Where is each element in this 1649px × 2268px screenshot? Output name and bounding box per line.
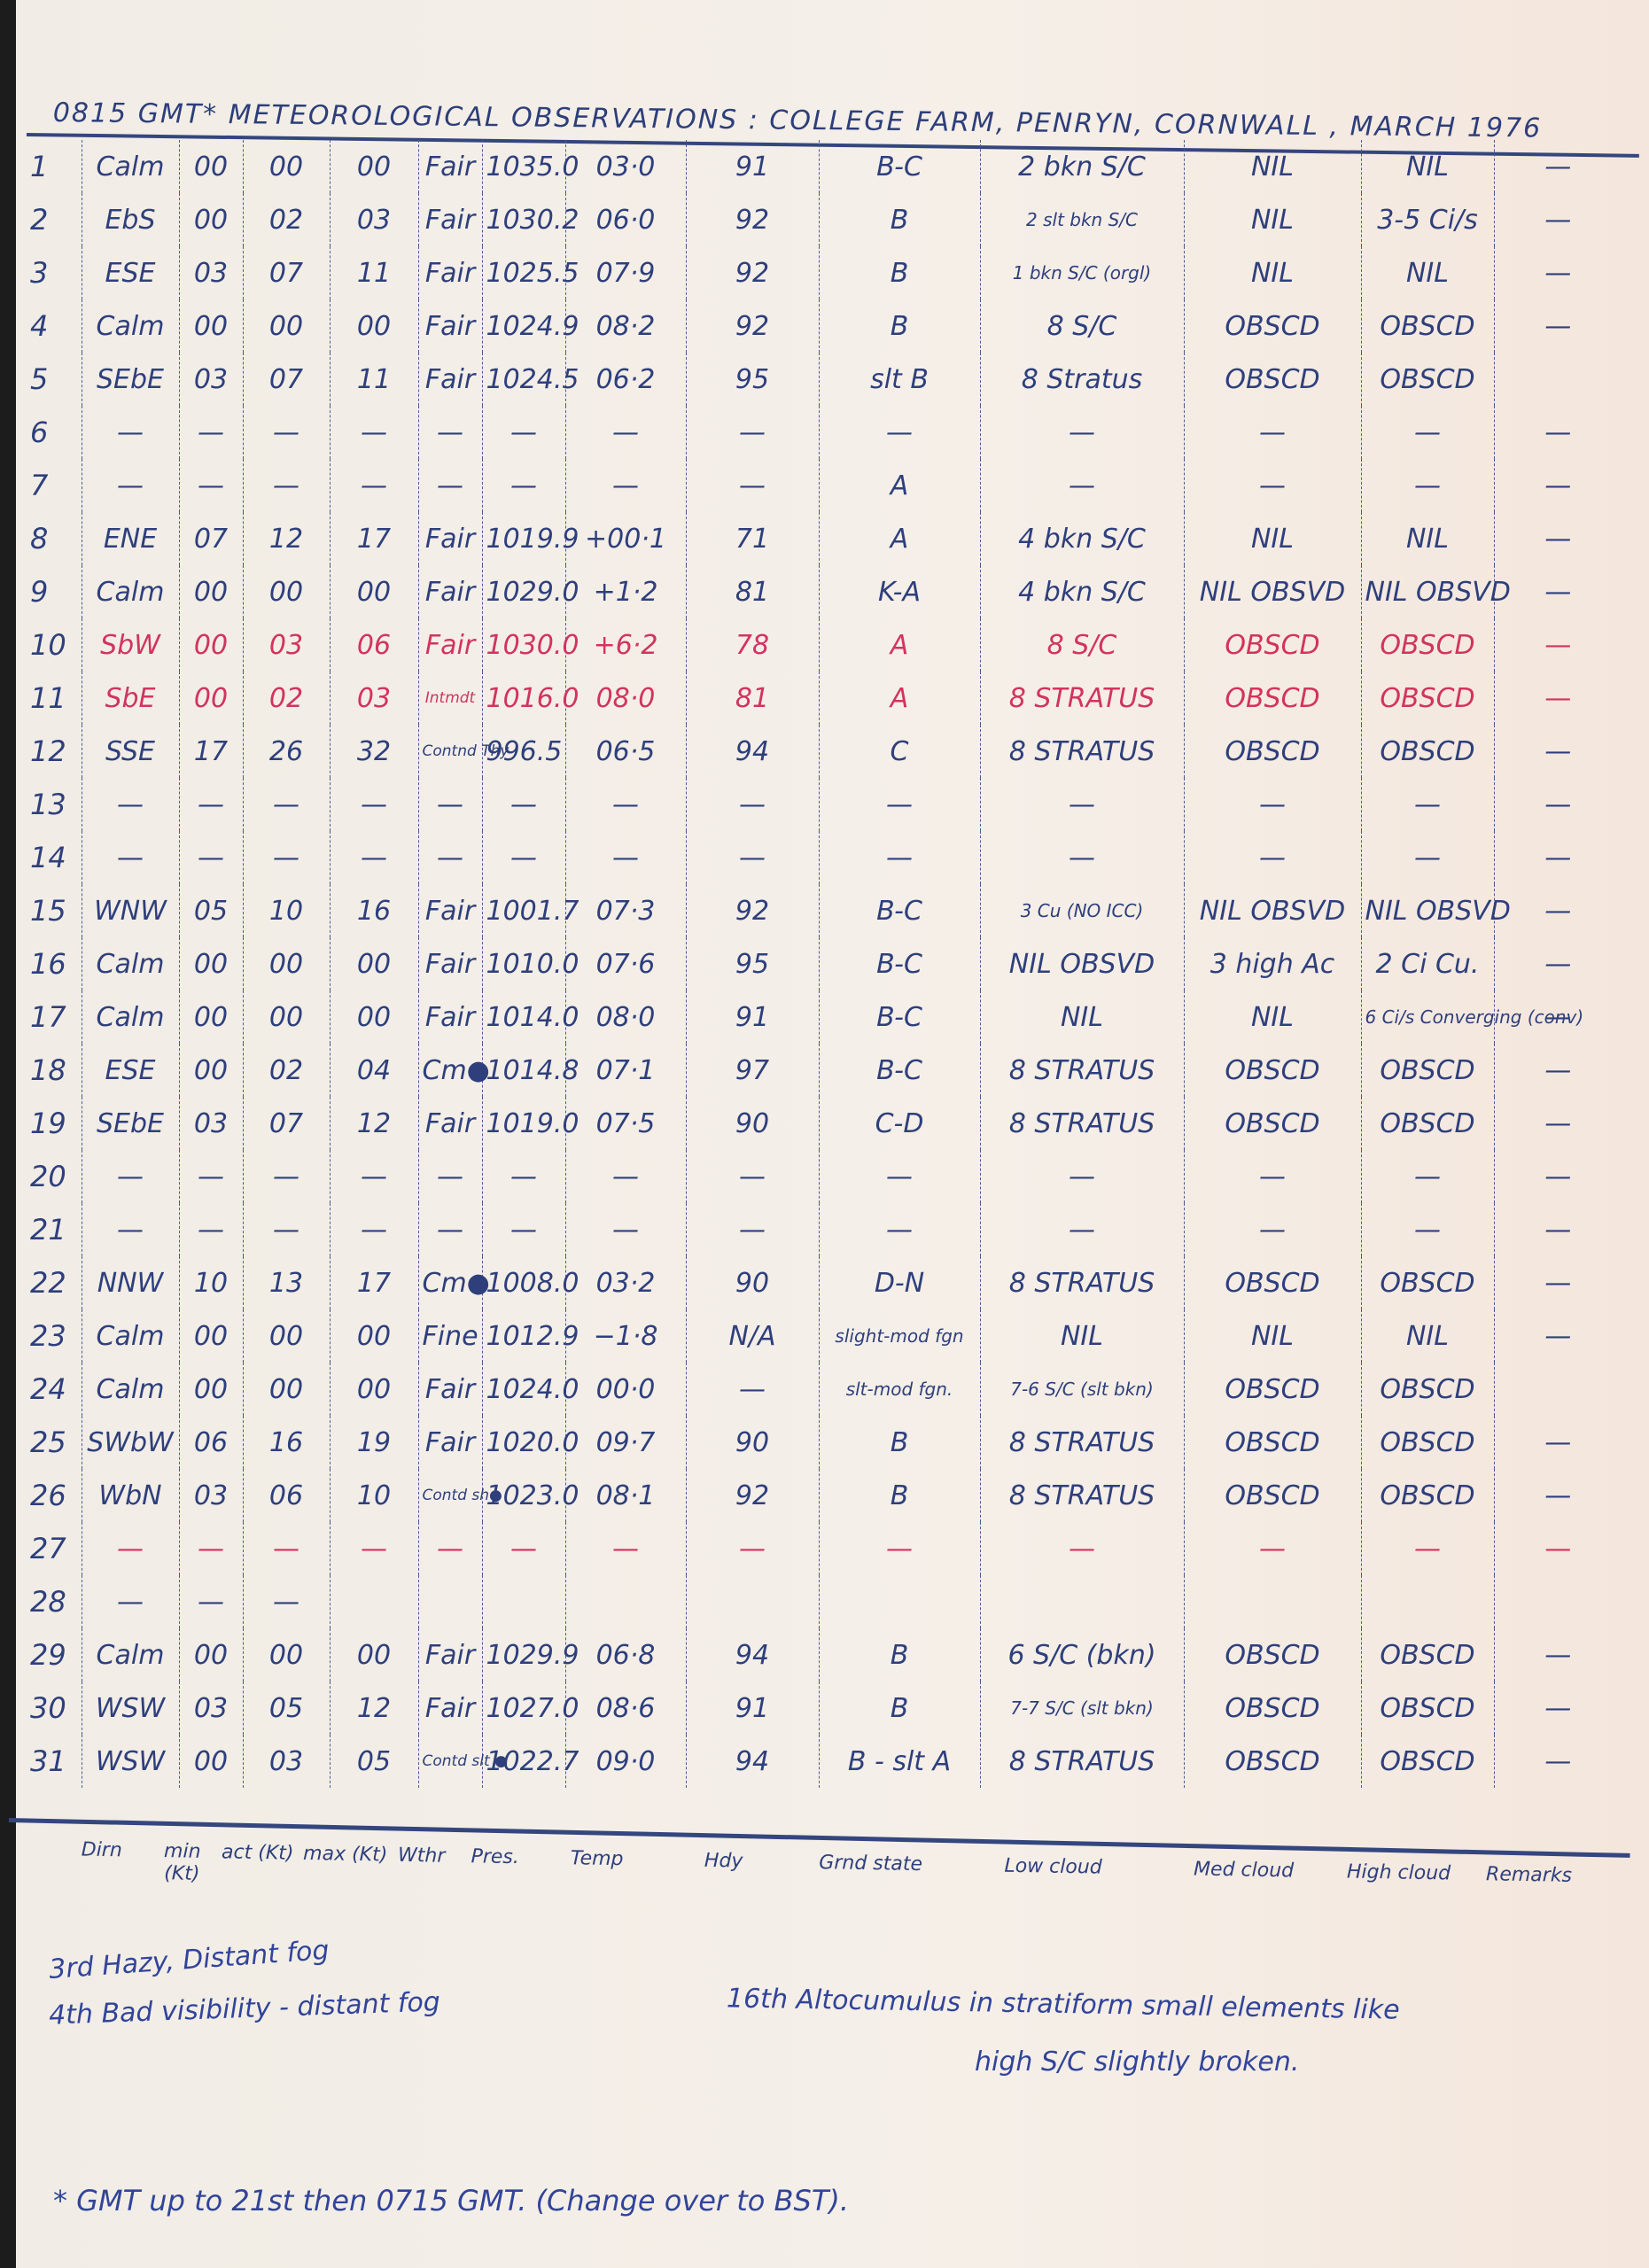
cell-wind-max: 00 <box>330 937 418 990</box>
day-number: 12 <box>27 725 82 778</box>
cell-pressure: 1035.0 <box>482 140 565 193</box>
table-row: 17Calm000000Fair1014.008·091B-CNILNIL6 C… <box>27 990 1622 1044</box>
cell-low-cloud: 7-6 S/C (slt bkn) <box>980 1363 1184 1416</box>
cell-ground-state: B <box>819 1682 980 1735</box>
cell-med-cloud: OBSCD <box>1184 1628 1361 1682</box>
cell-dirn: Calm <box>82 990 179 1044</box>
cell-wind-act: — <box>243 459 330 512</box>
cell-ground-state: K-A <box>819 565 980 618</box>
cell-pressure <box>482 1575 565 1628</box>
column-label: max (Kt) <box>300 1843 390 1889</box>
table-row: 11SbE000203Intmdt1016.008·081A8 STRATUSO… <box>27 672 1622 725</box>
cell-ground-state <box>819 1575 980 1628</box>
table-row: 24Calm000000Fair1024.000·0—slt-mod fgn.7… <box>27 1363 1622 1416</box>
table-row: 25SWbW061619Fair1020.009·790B8 STRATUSOB… <box>27 1416 1622 1469</box>
column-label: Remarks <box>1465 1863 1593 1910</box>
cell-wind-act: — <box>243 1522 330 1575</box>
table-row: 30WSW030512Fair1027.008·691B7-7 S/C (slt… <box>27 1682 1622 1735</box>
table-row: 14————————————— <box>27 831 1622 884</box>
cell-dirn: Calm <box>82 140 179 193</box>
cell-wind-act: 13 <box>243 1256 330 1309</box>
cell-weather: Contd slt ● <box>418 1735 482 1788</box>
cell-temp: 09·0 <box>565 1735 686 1788</box>
cell-med-cloud: NIL <box>1184 140 1361 193</box>
cell-low-cloud: 8 STRATUS <box>980 1044 1184 1097</box>
cell-wind-act: 00 <box>243 937 330 990</box>
cell-pressure: — <box>482 459 565 512</box>
cell-temp: 09·7 <box>565 1416 686 1469</box>
cell-high-cloud: NIL <box>1361 512 1494 565</box>
day-number: 22 <box>27 1256 82 1309</box>
cell-pressure: 1012.9 <box>482 1309 565 1363</box>
cell-wind-max: 03 <box>330 672 418 725</box>
cell-wind-act: 00 <box>243 990 330 1044</box>
column-label: Med cloud <box>1155 1858 1333 1905</box>
column-label: Hdy <box>657 1849 790 1896</box>
cell-ground-state: — <box>819 1522 980 1575</box>
cell-high-cloud: NIL <box>1361 1309 1494 1363</box>
cell-high-cloud <box>1361 1575 1494 1628</box>
cell-wind-max: 00 <box>330 299 418 353</box>
cell-remarks: — <box>1494 672 1622 725</box>
cell-humidity: 94 <box>686 1628 819 1682</box>
day-number: 20 <box>27 1150 82 1203</box>
cell-wind-min: 17 <box>179 725 243 778</box>
cell-wind-max: 03 <box>330 193 418 246</box>
cell-humidity: 91 <box>686 990 819 1044</box>
cell-ground-state: slt B <box>819 353 980 406</box>
day-number: 2 <box>27 193 82 246</box>
day-number: 21 <box>27 1203 82 1256</box>
cell-low-cloud <box>980 1575 1184 1628</box>
cell-pressure: 1024.5 <box>482 353 565 406</box>
cell-wind-min: 05 <box>179 884 243 937</box>
cell-wind-min: — <box>179 778 243 831</box>
cell-ground-state: — <box>819 1150 980 1203</box>
cell-pressure: 1030.2 <box>482 193 565 246</box>
cell-wind-max: 17 <box>330 512 418 565</box>
cell-humidity: 78 <box>686 618 819 672</box>
cell-dirn: SbE <box>82 672 179 725</box>
cell-humidity: 94 <box>686 1735 819 1788</box>
cell-pressure: 1016.0 <box>482 672 565 725</box>
column-label: Dirn <box>52 1838 151 1884</box>
cell-humidity: — <box>686 831 819 884</box>
table-row: 19SEbE030712Fair1019.007·590C-D8 STRATUS… <box>27 1097 1622 1150</box>
cell-pressure: — <box>482 831 565 884</box>
day-number: 29 <box>27 1628 82 1682</box>
cell-wind-max: 06 <box>330 618 418 672</box>
cell-weather: — <box>418 1522 482 1575</box>
cell-high-cloud: OBSCD <box>1361 1256 1494 1309</box>
cell-temp: 07·5 <box>565 1097 686 1150</box>
cell-med-cloud: NIL <box>1184 1309 1361 1363</box>
cell-high-cloud: 6 Ci/s Converging (conv) <box>1361 990 1494 1044</box>
day-number: 19 <box>27 1097 82 1150</box>
cell-weather: Fair <box>418 937 482 990</box>
cell-remarks: — <box>1494 831 1622 884</box>
cell-wind-max: — <box>330 831 418 884</box>
cell-low-cloud: — <box>980 406 1184 459</box>
cell-pressure: 1023.0 <box>482 1469 565 1522</box>
cell-humidity: — <box>686 1363 819 1416</box>
cell-wind-max: 17 <box>330 1256 418 1309</box>
cell-wind-min: 00 <box>179 565 243 618</box>
cell-dirn: ENE <box>82 512 179 565</box>
table-row: 27————————————— <box>27 1522 1622 1575</box>
day-number: 18 <box>27 1044 82 1097</box>
cell-pressure: 996.5 <box>482 725 565 778</box>
table-row: 6————————————— <box>27 406 1622 459</box>
cell-wind-act: 07 <box>243 353 330 406</box>
cell-high-cloud: OBSCD <box>1361 299 1494 353</box>
column-label: Wthr <box>389 1845 454 1890</box>
cell-med-cloud: — <box>1184 1150 1361 1203</box>
cell-high-cloud: — <box>1361 1203 1494 1256</box>
cell-low-cloud: 3 Cu (NO ICC) <box>980 884 1184 937</box>
cell-weather: Fair <box>418 299 482 353</box>
cell-high-cloud: OBSCD <box>1361 1735 1494 1788</box>
cell-wind-act: — <box>243 778 330 831</box>
cell-weather: Fair <box>418 140 482 193</box>
day-number: 24 <box>27 1363 82 1416</box>
cell-temp: 03·2 <box>565 1256 686 1309</box>
cell-low-cloud: — <box>980 1522 1184 1575</box>
cell-remarks <box>1494 353 1622 406</box>
cell-med-cloud: NIL OBSVD <box>1184 565 1361 618</box>
cell-wind-min: 03 <box>179 353 243 406</box>
table-row: 4Calm000000Fair1024.908·292B8 S/COBSCDOB… <box>27 299 1622 353</box>
cell-remarks: — <box>1494 1044 1622 1097</box>
cell-wind-act: 02 <box>243 672 330 725</box>
cell-low-cloud: 2 slt bkn S/C <box>980 193 1184 246</box>
cell-humidity: 97 <box>686 1044 819 1097</box>
cell-temp: +00·1 <box>565 512 686 565</box>
cell-dirn: Calm <box>82 565 179 618</box>
table-row: 3ESE030711Fair1025.507·992B1 bkn S/C (or… <box>27 246 1622 299</box>
cell-low-cloud: — <box>980 1150 1184 1203</box>
cell-high-cloud: OBSCD <box>1361 353 1494 406</box>
cell-remarks: — <box>1494 1735 1622 1788</box>
cell-med-cloud <box>1184 1575 1361 1628</box>
cell-dirn: WNW <box>82 884 179 937</box>
cell-high-cloud: OBSCD <box>1361 1469 1494 1522</box>
cell-med-cloud: OBSCD <box>1184 672 1361 725</box>
cell-dirn: Calm <box>82 299 179 353</box>
cell-wind-max: 12 <box>330 1682 418 1735</box>
cell-humidity: N/A <box>686 1309 819 1363</box>
cell-ground-state: B-C <box>819 937 980 990</box>
cell-remarks: — <box>1494 778 1622 831</box>
cell-humidity <box>686 1575 819 1628</box>
cell-weather: — <box>418 1150 482 1203</box>
cell-ground-state: — <box>819 406 980 459</box>
cell-ground-state: B-C <box>819 1044 980 1097</box>
cell-remarks: — <box>1494 618 1622 672</box>
cell-wind-max: 32 <box>330 725 418 778</box>
table-row: 12SSE172632Contnd Thy996.506·594C8 STRAT… <box>27 725 1622 778</box>
cell-wind-max: — <box>330 778 418 831</box>
day-number: 5 <box>27 353 82 406</box>
cell-humidity: 90 <box>686 1416 819 1469</box>
cell-wind-act: 16 <box>243 1416 330 1469</box>
cell-ground-state: B <box>819 193 980 246</box>
cell-med-cloud: OBSCD <box>1184 299 1361 353</box>
table-row: 29Calm000000Fair1029.906·894B6 S/C (bkn)… <box>27 1628 1622 1682</box>
cell-wind-min: 03 <box>179 1682 243 1735</box>
cell-wind-act: — <box>243 1150 330 1203</box>
cell-dirn: — <box>82 1203 179 1256</box>
cell-wind-max: 16 <box>330 884 418 937</box>
cell-humidity: 92 <box>686 884 819 937</box>
cell-pressure: 1014.0 <box>482 990 565 1044</box>
cell-pressure: 1019.9 <box>482 512 565 565</box>
cell-remarks: — <box>1494 193 1622 246</box>
cell-temp: 06·0 <box>565 193 686 246</box>
cell-wind-max: 11 <box>330 246 418 299</box>
cell-pressure: — <box>482 1203 565 1256</box>
cell-pressure: 1024.0 <box>482 1363 565 1416</box>
cell-wind-max: 00 <box>330 1309 418 1363</box>
table-row: 26WbN030610Contd sh●1023.008·192B8 STRAT… <box>27 1469 1622 1522</box>
cell-wind-act: 00 <box>243 140 330 193</box>
cell-pressure: — <box>482 1522 565 1575</box>
cell-temp: 07·3 <box>565 884 686 937</box>
cell-med-cloud: — <box>1184 406 1361 459</box>
day-number: 27 <box>27 1522 82 1575</box>
cell-remarks: — <box>1494 937 1622 990</box>
cell-low-cloud: 8 S/C <box>980 618 1184 672</box>
cell-temp: — <box>565 406 686 459</box>
cell-wind-act: 02 <box>243 1044 330 1097</box>
cell-humidity: 91 <box>686 140 819 193</box>
cell-remarks: — <box>1494 512 1622 565</box>
cell-temp: 06·5 <box>565 725 686 778</box>
cell-wind-act: 12 <box>243 512 330 565</box>
cell-ground-state: B-C <box>819 990 980 1044</box>
column-label: Grnd state <box>789 1852 952 1899</box>
cell-ground-state: — <box>819 778 980 831</box>
cell-wind-act: — <box>243 1203 330 1256</box>
cell-high-cloud: — <box>1361 1150 1494 1203</box>
cell-low-cloud: 7-7 S/C (slt bkn) <box>980 1682 1184 1735</box>
cell-high-cloud: OBSCD <box>1361 1363 1494 1416</box>
cell-wind-max: — <box>330 406 418 459</box>
cell-remarks: — <box>1494 1682 1622 1735</box>
cell-wind-max: 00 <box>330 990 418 1044</box>
cell-high-cloud: NIL <box>1361 246 1494 299</box>
cell-temp: — <box>565 1150 686 1203</box>
cell-high-cloud: NIL OBSVD <box>1361 565 1494 618</box>
cell-temp: 03·0 <box>565 140 686 193</box>
day-number: 4 <box>27 299 82 353</box>
cell-ground-state: B-C <box>819 140 980 193</box>
cell-temp: +1·2 <box>565 565 686 618</box>
cell-wind-min: — <box>179 1203 243 1256</box>
day-number: 13 <box>27 778 82 831</box>
cell-wind-max: — <box>330 1522 418 1575</box>
cell-wind-min: — <box>179 1150 243 1203</box>
cell-wind-max: 11 <box>330 353 418 406</box>
day-number: 6 <box>27 406 82 459</box>
cell-remarks: — <box>1494 299 1622 353</box>
cell-wind-min: 00 <box>179 1363 243 1416</box>
cell-dirn: NNW <box>82 1256 179 1309</box>
cell-remarks: — <box>1494 725 1622 778</box>
cell-temp: +6·2 <box>565 618 686 672</box>
cell-low-cloud: 8 STRATUS <box>980 1097 1184 1150</box>
table-row: 31WSW000305Contd slt ●1022.709·094B - sl… <box>27 1735 1622 1788</box>
cell-weather: — <box>418 406 482 459</box>
cell-high-cloud: — <box>1361 406 1494 459</box>
cell-remarks: — <box>1494 1628 1622 1682</box>
cell-high-cloud: — <box>1361 1522 1494 1575</box>
cell-low-cloud: 6 S/C (bkn) <box>980 1628 1184 1682</box>
cell-wind-act: 10 <box>243 884 330 937</box>
cell-wind-act: 26 <box>243 725 330 778</box>
cell-weather: Fair <box>418 990 482 1044</box>
cell-wind-min: 00 <box>179 1628 243 1682</box>
cell-wind-min: 00 <box>179 140 243 193</box>
footnote-gmt: * GMT up to 21st then 0715 GMT. (Change … <box>53 2184 849 2218</box>
cell-ground-state: — <box>819 831 980 884</box>
cell-weather: Fair <box>418 1682 482 1735</box>
cell-pressure: 1010.0 <box>482 937 565 990</box>
cell-remarks: — <box>1494 1309 1622 1363</box>
table-row: 9Calm000000Fair1029.0+1·281K-A4 bkn S/CN… <box>27 565 1622 618</box>
cell-low-cloud: — <box>980 831 1184 884</box>
cell-wind-max: 05 <box>330 1735 418 1788</box>
cell-temp: 06·2 <box>565 353 686 406</box>
cell-wind-act: — <box>243 406 330 459</box>
cell-dirn: SEbE <box>82 1097 179 1150</box>
cell-high-cloud: OBSCD <box>1361 618 1494 672</box>
cell-wind-min: — <box>179 831 243 884</box>
cell-pressure: 1027.0 <box>482 1682 565 1735</box>
cell-dirn: — <box>82 831 179 884</box>
cell-wind-min: — <box>179 1575 243 1628</box>
cell-ground-state: B <box>819 1469 980 1522</box>
cell-ground-state: A <box>819 618 980 672</box>
cell-high-cloud: OBSCD <box>1361 1628 1494 1682</box>
table-row: 5SEbE030711Fair1024.506·295slt B8 Stratu… <box>27 353 1622 406</box>
table-row: 22NNW101317Cm●1008.003·290D-N8 STRATUSOB… <box>27 1256 1622 1309</box>
cell-temp: — <box>565 831 686 884</box>
cell-low-cloud: 8 STRATUS <box>980 725 1184 778</box>
cell-pressure: 1025.5 <box>482 246 565 299</box>
cell-wind-min: — <box>179 1522 243 1575</box>
cell-wind-act: 00 <box>243 299 330 353</box>
column-label: act (Kt) <box>214 1841 301 1887</box>
cell-dirn: ESE <box>82 1044 179 1097</box>
cell-remarks: — <box>1494 1256 1622 1309</box>
cell-humidity: 92 <box>686 1469 819 1522</box>
column-label: High cloud <box>1332 1860 1466 1907</box>
cell-humidity: 91 <box>686 1682 819 1735</box>
cell-low-cloud: 4 bkn S/C <box>980 565 1184 618</box>
cell-humidity: 81 <box>686 565 819 618</box>
cell-low-cloud: 8 S/C <box>980 299 1184 353</box>
cell-pressure: 1030.0 <box>482 618 565 672</box>
day-number: 28 <box>27 1575 82 1628</box>
cell-low-cloud: 4 bkn S/C <box>980 512 1184 565</box>
cell-dirn: ESE <box>82 246 179 299</box>
cell-dirn: SbW <box>82 618 179 672</box>
cell-humidity: 90 <box>686 1097 819 1150</box>
cell-pressure: 1020.0 <box>482 1416 565 1469</box>
cell-med-cloud: OBSCD <box>1184 1363 1361 1416</box>
cell-temp: −1·8 <box>565 1309 686 1363</box>
cell-low-cloud: NIL <box>980 990 1184 1044</box>
cell-med-cloud: OBSCD <box>1184 1416 1361 1469</box>
cell-dirn: — <box>82 1150 179 1203</box>
cell-med-cloud: — <box>1184 1203 1361 1256</box>
table-row: 20————————————— <box>27 1150 1622 1203</box>
cell-med-cloud: — <box>1184 778 1361 831</box>
cell-temp: 08·0 <box>565 672 686 725</box>
day-number: 8 <box>27 512 82 565</box>
day-number: 17 <box>27 990 82 1044</box>
day-number: 10 <box>27 618 82 672</box>
cell-weather: Fair <box>418 1628 482 1682</box>
cell-humidity: 92 <box>686 193 819 246</box>
cell-remarks: — <box>1494 1097 1622 1150</box>
cell-high-cloud: — <box>1361 831 1494 884</box>
cell-wind-max: — <box>330 459 418 512</box>
cell-wind-min: 00 <box>179 193 243 246</box>
cell-high-cloud: — <box>1361 778 1494 831</box>
cell-dirn: SEbE <box>82 353 179 406</box>
cell-ground-state: slight-mod fgn <box>819 1309 980 1363</box>
cell-med-cloud: OBSCD <box>1184 1097 1361 1150</box>
cell-wind-min: — <box>179 459 243 512</box>
cell-high-cloud: OBSCD <box>1361 672 1494 725</box>
cell-wind-max: 04 <box>330 1044 418 1097</box>
cell-wind-min: 00 <box>179 672 243 725</box>
cell-humidity: 92 <box>686 246 819 299</box>
cell-wind-act: — <box>243 1575 330 1628</box>
cell-ground-state: A <box>819 672 980 725</box>
column-label: min (Kt) <box>150 1840 214 1885</box>
cell-med-cloud: NIL OBSVD <box>1184 884 1361 937</box>
cell-low-cloud: 8 STRATUS <box>980 1416 1184 1469</box>
cell-low-cloud: — <box>980 459 1184 512</box>
cell-low-cloud: 8 STRATUS <box>980 672 1184 725</box>
cell-humidity: 94 <box>686 725 819 778</box>
cell-wind-min: 00 <box>179 1309 243 1363</box>
cell-ground-state: B <box>819 246 980 299</box>
day-number: 25 <box>27 1416 82 1469</box>
cell-med-cloud: OBSCD <box>1184 1044 1361 1097</box>
cell-high-cloud: OBSCD <box>1361 725 1494 778</box>
table-row: 15WNW051016Fair1001.707·392B-C3 Cu (NO I… <box>27 884 1622 937</box>
table-row: 2EbS000203Fair1030.206·092B2 slt bkn S/C… <box>27 193 1622 246</box>
cell-wind-min: 00 <box>179 990 243 1044</box>
cell-weather: — <box>418 778 482 831</box>
table-row: 28——— <box>27 1575 1622 1628</box>
cell-temp: 08·2 <box>565 299 686 353</box>
cell-dirn: SSE <box>82 725 179 778</box>
cell-low-cloud: 2 bkn S/C <box>980 140 1184 193</box>
cell-weather: Fair <box>418 884 482 937</box>
cell-remarks: — <box>1494 459 1622 512</box>
cell-ground-state: — <box>819 1203 980 1256</box>
cell-humidity: 81 <box>686 672 819 725</box>
cell-high-cloud: NIL OBSVD <box>1361 884 1494 937</box>
column-label: Temp <box>536 1847 657 1893</box>
cell-temp <box>565 1575 686 1628</box>
cell-humidity: 92 <box>686 299 819 353</box>
